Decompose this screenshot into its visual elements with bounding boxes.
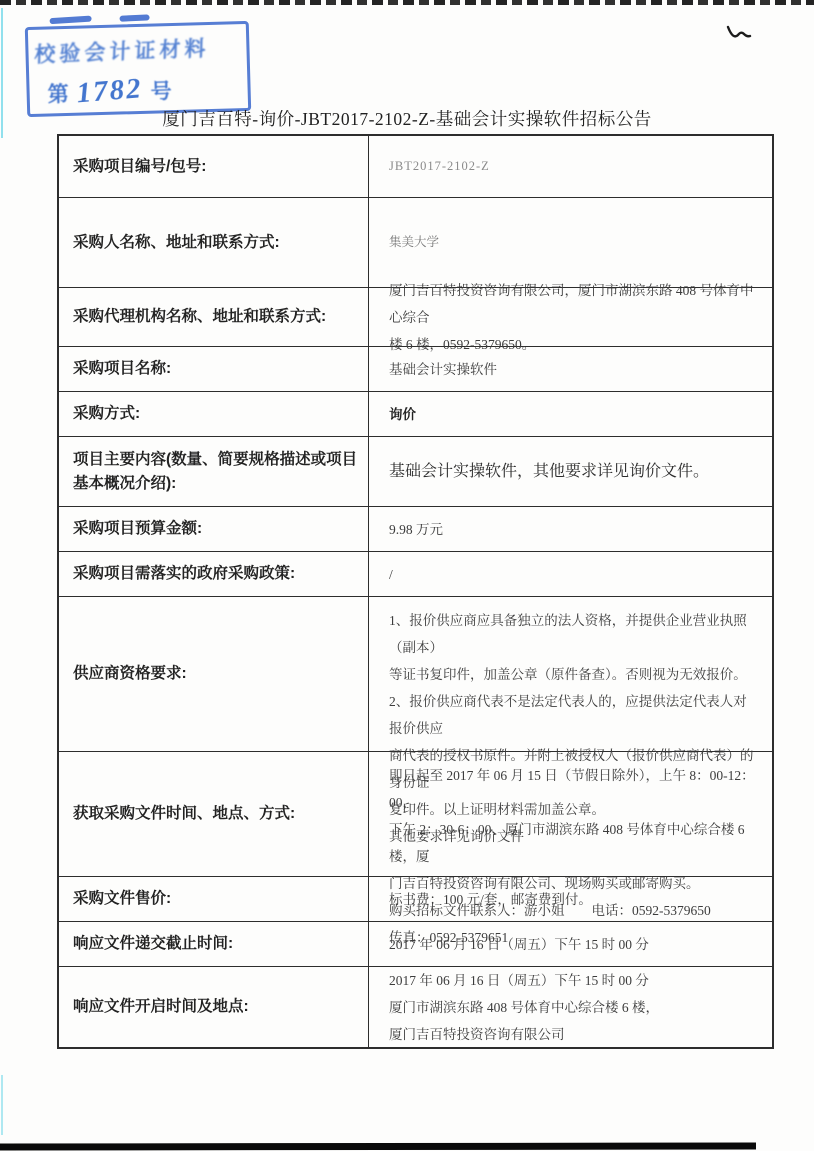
row-label: 供应商资格要求:: [59, 597, 369, 751]
stamp-number-suffix: 号: [150, 75, 172, 106]
scan-edge-left-lower: [1, 1075, 3, 1135]
row-value: 2017 年 06 月 16 日（周五）下午 15 时 00 分 厦门市湖滨东路…: [369, 967, 772, 1047]
page-title: 厦门吉百特-询价-JBT2017-2102-Z-基础会计实操软件招标公告: [0, 106, 814, 131]
table-row: 响应文件递交截止时间: 2017 年 06 月 16 日（周五）下午 15 时 …: [59, 922, 772, 967]
table-row: 采购文件售价: 标书费：100 元/套，邮寄费到付。: [59, 877, 772, 922]
table-row: 采购人名称、地址和联系方式: 集美大学: [59, 198, 772, 288]
row-value: 9.98 万元: [369, 507, 772, 551]
scanned-document-page: 校验会计证材料 第 1782 号 厦门吉百特-询价-JBT2017-2102-Z…: [0, 0, 814, 1151]
row-value: 1、报价供应商应具备独立的法人资格，并提供企业营业执照（副本） 等证书复印件，加…: [369, 597, 772, 751]
row-value: JBT2017-2102-Z: [369, 136, 772, 197]
table-row: 采购项目名称: 基础会计实操软件: [59, 347, 772, 392]
row-value: 标书费：100 元/套，邮寄费到付。: [369, 877, 772, 921]
stamp-number-handwritten: 1782: [75, 72, 143, 110]
row-value: 2017 年 06 月 16 日（周五）下午 15 时 00 分: [369, 922, 772, 966]
stamp-text-line1: 校验会计证材料: [34, 31, 241, 69]
row-value: 集美大学: [369, 198, 772, 287]
row-label: 采购项目名称:: [59, 347, 369, 391]
row-value: 厦门吉百特投资咨询有限公司，厦门市湖滨东路 408 号体育中心综合 楼 6 楼，…: [369, 288, 772, 346]
row-label: 响应文件递交截止时间:: [59, 922, 369, 966]
table-row: 采购代理机构名称、地址和联系方式: 厦门吉百特投资咨询有限公司，厦门市湖滨东路 …: [59, 288, 772, 347]
row-value: 基础会计实操软件: [369, 347, 772, 391]
scan-edge-top: [0, 0, 814, 5]
row-value: 即日起至 2017 年 06 月 15 日（节假日除外），上午 8：00-12：…: [369, 752, 772, 876]
stamp-smudge-mark: [49, 16, 91, 25]
table-row: 供应商资格要求: 1、报价供应商应具备独立的法人资格，并提供企业营业执照（副本）…: [59, 597, 772, 752]
row-label: 采购文件售价:: [59, 877, 369, 921]
table-row: 获取采购文件时间、地点、方式: 即日起至 2017 年 06 月 15 日（节假…: [59, 752, 772, 877]
stamp-text-line2: 第 1782 号: [47, 71, 238, 109]
table-row: 采购项目编号/包号: JBT2017-2102-Z: [59, 136, 772, 198]
table-row: 采购项目预算金额: 9.98 万元: [59, 507, 772, 552]
row-label: 采购方式:: [59, 392, 369, 436]
row-value: 询价: [369, 392, 772, 436]
row-label: 采购项目需落实的政府采购政策:: [59, 552, 369, 596]
stamp-number-prefix: 第: [47, 78, 69, 109]
announcement-table: 采购项目编号/包号: JBT2017-2102-Z 采购人名称、地址和联系方式:…: [57, 134, 774, 1049]
handwritten-tick-icon: [726, 24, 756, 48]
row-label: 采购项目编号/包号:: [59, 136, 369, 197]
table-row: 项目主要内容(数量、简要规格描述或项目基本概况介绍): 基础会计实操软件，其他要…: [59, 437, 772, 507]
row-label: 获取采购文件时间、地点、方式:: [59, 752, 369, 876]
scan-edge-bottom: [0, 1142, 756, 1150]
receipt-stamp: 校验会计证材料 第 1782 号: [25, 21, 251, 117]
row-label: 采购代理机构名称、地址和联系方式:: [59, 288, 369, 346]
row-label: 采购人名称、地址和联系方式:: [59, 198, 369, 287]
table-row: 采购方式: 询价: [59, 392, 772, 437]
row-value: /: [369, 552, 772, 596]
row-value: 基础会计实操软件，其他要求详见询价文件。: [369, 437, 772, 506]
table-row: 响应文件开启时间及地点: 2017 年 06 月 16 日（周五）下午 15 时…: [59, 967, 772, 1047]
table-row: 采购项目需落实的政府采购政策: /: [59, 552, 772, 597]
row-label: 响应文件开启时间及地点:: [59, 967, 369, 1047]
row-label: 采购项目预算金额:: [59, 507, 369, 551]
row-label: 项目主要内容(数量、简要规格描述或项目基本概况介绍):: [59, 437, 369, 506]
stamp-smudge-mark: [119, 14, 149, 21]
